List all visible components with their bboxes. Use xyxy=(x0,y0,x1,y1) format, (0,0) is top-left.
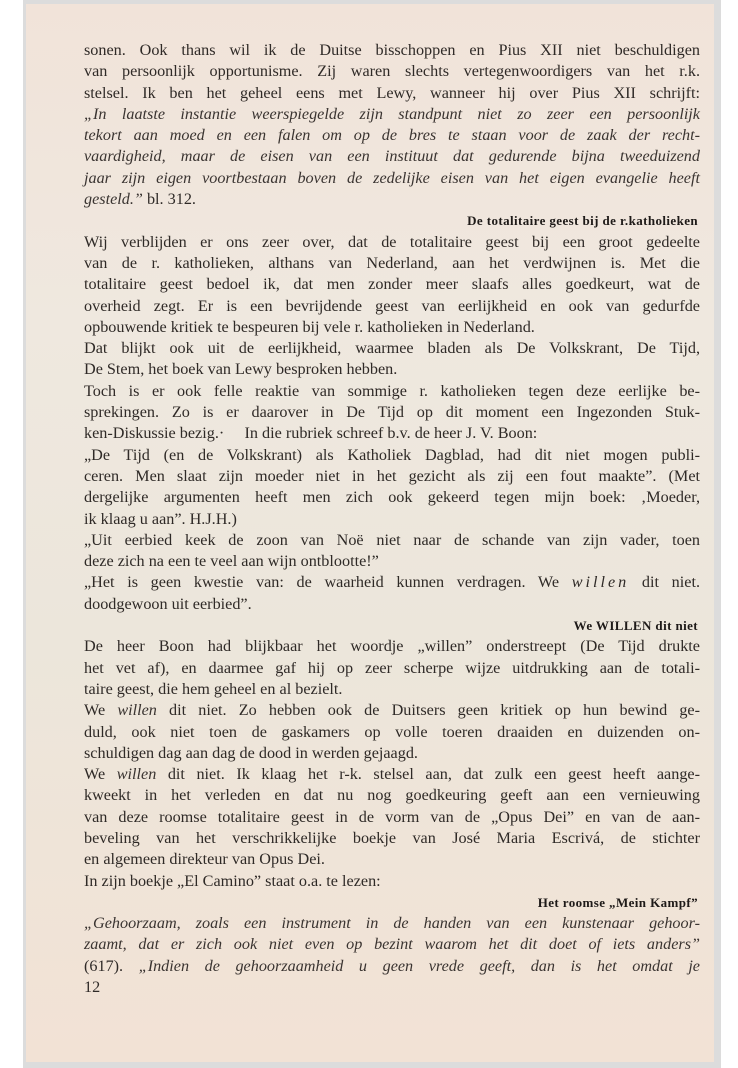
text-line: De heer Boon had blijkbaar het woordje „… xyxy=(84,636,700,657)
quote-line: „In laatste instantie weerspiegelde zijn… xyxy=(84,104,700,125)
section-heading: Het roomse „Mein Kampf” xyxy=(84,892,700,913)
text-fragment: dit niet. Ik klaag het r-k. stelsel aan,… xyxy=(156,765,700,783)
text-line: van deze roomse totalitaire geest in de … xyxy=(84,807,700,828)
text-line: Wij verblijden er ons zeer over, dat de … xyxy=(84,232,700,253)
quote-line: vaardigheid, maar de eisen van een insti… xyxy=(84,146,700,167)
text-line: ik klaag u aan”. H.J.H.) xyxy=(84,509,700,530)
text-line: doodgewoon uit eerbied”. xyxy=(84,594,700,615)
text-line: totalitaire geest bedoel ik, dat men zon… xyxy=(84,274,700,295)
quote-line: tekort aan moed en een falen om op de br… xyxy=(84,125,700,146)
text-line: Toch is er ook felle reaktie van sommige… xyxy=(84,381,700,402)
text-line: schuldigen dag aan dag de dood in werden… xyxy=(84,743,700,764)
page-reference: bl. 312. xyxy=(143,190,196,208)
text-line: het vet af), en daarmee gaf hij op zeer … xyxy=(84,658,700,679)
text-line: beveling van het verschrikkelijke boekje… xyxy=(84,828,700,849)
quote-line: (617). „Indien de gehoorzaamheid u geen … xyxy=(84,956,700,977)
section-heading: We WILLEN dit niet xyxy=(84,615,700,636)
section-heading: De totalitaire geest bij de r.katholieke… xyxy=(84,210,700,231)
emphasized-word: willen xyxy=(572,573,630,591)
emphasized-word: willen xyxy=(117,701,157,719)
quote-citation-line: gesteld.” bl. 312. xyxy=(84,189,700,210)
text-line: We willen dit niet. Zo hebben ook de Dui… xyxy=(84,700,700,721)
page-number: 12 xyxy=(84,977,700,998)
text-line: ken-Diskussie bezig.· In die rubriek sch… xyxy=(84,423,700,444)
quote-line: zaamt, dat er zich ook niet even op bezi… xyxy=(84,934,700,955)
text-line: duld, ook niet toen de gaskamers op voll… xyxy=(84,722,700,743)
text-line: van de r. katholieken, althans van Neder… xyxy=(84,253,700,274)
quote-text: „Indien de gehoorzaamheid u geen vrede g… xyxy=(139,957,700,975)
text-line: „Uit eerbied keek de zoon van Noë niet n… xyxy=(84,530,700,551)
text-fragment: dit niet. xyxy=(629,573,700,591)
page-text: sonen. Ook thans wil ik de Duitse bissch… xyxy=(84,40,700,998)
quote-line: jaar zijn eigen voortbestaan boven de ze… xyxy=(84,168,700,189)
text-fragment: „Het is geen kwestie van: de waarheid ku… xyxy=(84,573,572,591)
text-line: sonen. Ook thans wil ik de Duitse bissch… xyxy=(84,40,700,61)
text-line: opbouwende kritiek te bespeuren bij vele… xyxy=(84,317,700,338)
text-line: stelsel. Ik ben het geheel eens met Lewy… xyxy=(84,83,700,104)
text-fragment: dit niet. Zo hebben ook de Duitsers geen… xyxy=(157,701,700,719)
text-line: deze zich na een te veel aan wijn ontblo… xyxy=(84,551,700,572)
text-line: kweekt in het verleden en dat nu nog goe… xyxy=(84,785,700,806)
emphasized-word: willen xyxy=(117,765,157,783)
text-line: De Stem, het boek van Lewy besproken heb… xyxy=(84,359,700,380)
text-line: dergelijke argumenten heeft men zich ook… xyxy=(84,487,700,508)
text-line: „Het is geen kwestie van: de waarheid ku… xyxy=(84,572,700,593)
text-line: „De Tijd (en de Volkskrant) als Katholie… xyxy=(84,445,700,466)
text-line: We willen dit niet. Ik klaag het r-k. st… xyxy=(84,764,700,785)
text-line: van persoonlijk opportunisme. Zij waren … xyxy=(84,61,700,82)
text-line: taire geest, die hem geheel en al beziel… xyxy=(84,679,700,700)
text-line: Dat blijkt ook uit de eerlijkheid, waarm… xyxy=(84,338,700,359)
quote-reference: (617). xyxy=(84,957,139,975)
quote-line: „Gehoorzaam, zoals een instrument in de … xyxy=(84,913,700,934)
quote-end: gesteld.” xyxy=(84,190,143,208)
text-line: In zijn boekje „El Camino” staat o.a. te… xyxy=(84,871,700,892)
text-line: sprekingen. Zo is er daarover in De Tijd… xyxy=(84,402,700,423)
text-fragment: We xyxy=(84,765,117,783)
text-line: ceren. Men slaat zijn moeder niet in het… xyxy=(84,466,700,487)
text-line: en algemeen direkteur van Opus Dei. xyxy=(84,849,700,870)
text-line: overheid zegt. Er is een bevrijdende gee… xyxy=(84,296,700,317)
text-fragment: We xyxy=(84,701,117,719)
